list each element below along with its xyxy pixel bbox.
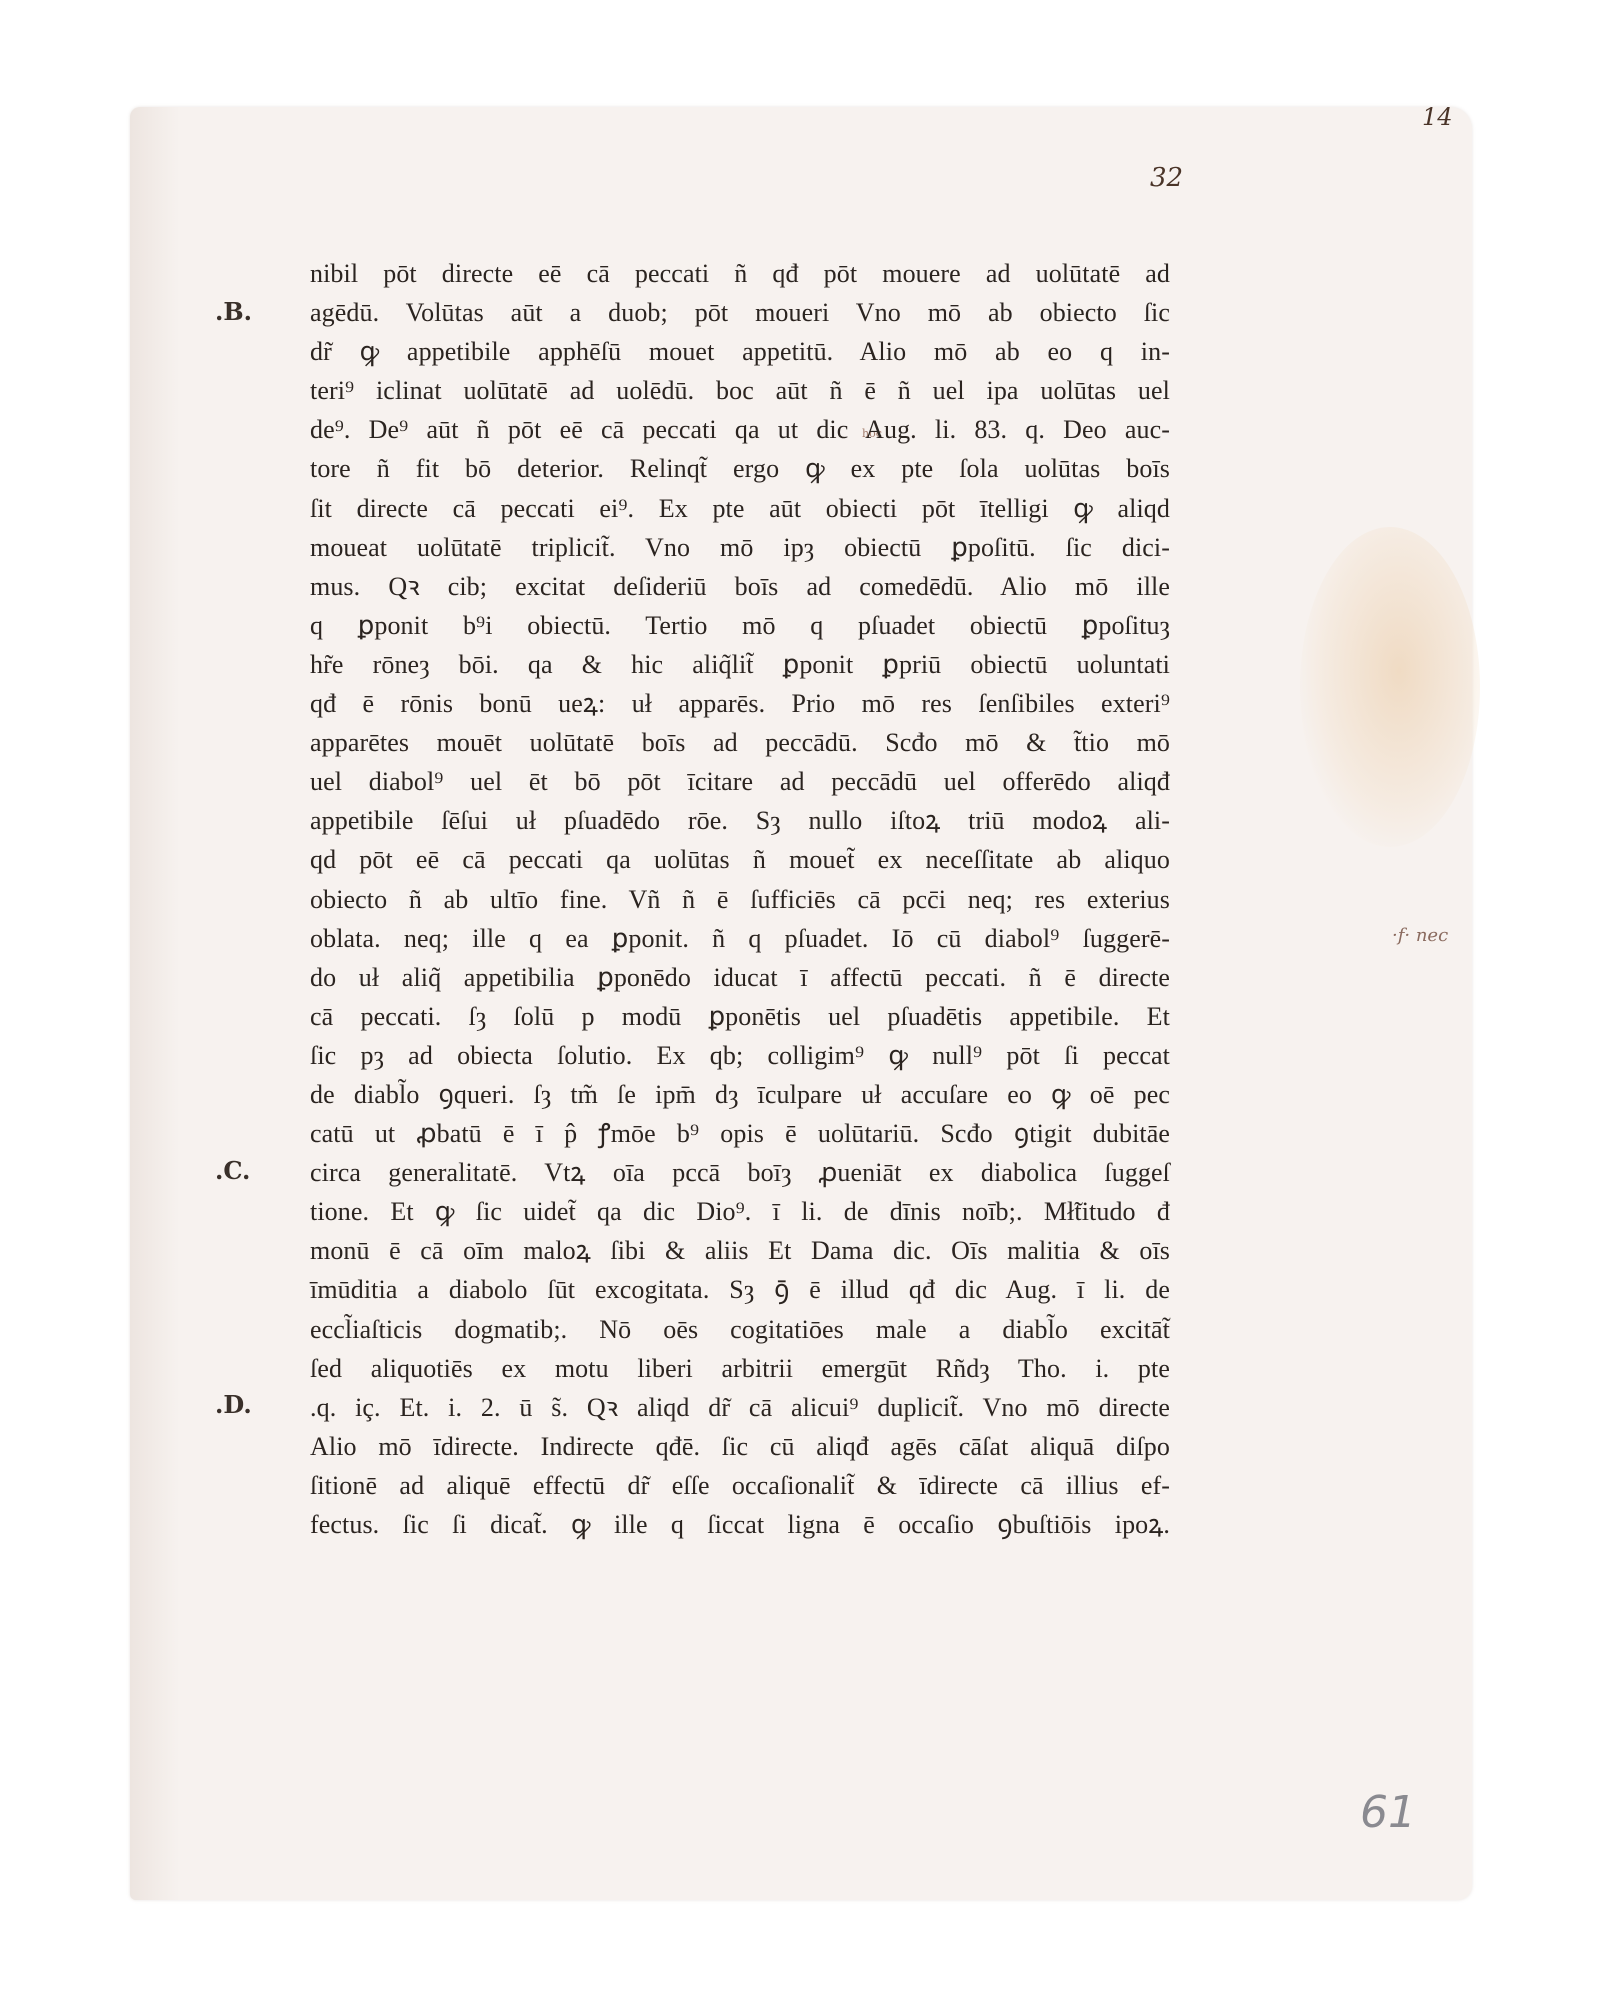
text-line: appetibile ſēſui uł pſuadēdo rōe. Sȝ nul…: [310, 801, 1170, 840]
pencil-number: 61: [1360, 1787, 1416, 1838]
text-line: ſic pȝ ad obiecta ſolutio. Ex qb; collig…: [310, 1036, 1170, 1075]
text-line: ſit directe cā peccati ei⁹. Ex pte aūt o…: [310, 489, 1170, 528]
text-block: nibil pōt directe eē cā peccati ñ qđ pōt…: [310, 254, 1170, 1544]
folio-number-ink: 32: [1150, 163, 1183, 193]
text-line: mus. Qꝛ cib; excitat deſideriū boīs ad c…: [310, 567, 1170, 606]
text-line: hr̃e rōneȝ bōi. qa & hic aliq̃lit̃ ꝑponi…: [310, 645, 1170, 684]
text-line: catū ut ꝓbatū ē ī p̂ ꝭmōe b⁹ opis ē uolū…: [310, 1114, 1170, 1153]
text-line: tione. Et ꝙ ſic uidet̃ qa dic Dio⁹. ī li…: [310, 1192, 1170, 1231]
corner-note-ink: 14: [1422, 103, 1453, 131]
text-line: ſitionē ad aliquē effectū dr̃ eſſe occaſ…: [310, 1466, 1170, 1505]
margin-letter-b: .B.: [215, 297, 252, 326]
text-line: oblata. neq; ille q ea ꝑponit. ñ q pſuad…: [310, 919, 1170, 958]
text-line: apparētes mouēt uolūtatē boīs ad peccādū…: [310, 723, 1170, 762]
text-line: qđ ē rōnis bonū ueꝝ: uł apparēs. Prio mō…: [310, 684, 1170, 723]
text-line: do uł aliq̃ appetibilia ꝑponēdo iducat ī…: [310, 958, 1170, 997]
text-line: obiecto ñ ab ultīo fine. Vñ ñ ē ſufficiē…: [310, 880, 1170, 919]
text-line: moueat uolūtatē triplicit̃. Vno mō ipȝ o…: [310, 528, 1170, 567]
water-stain: [1300, 527, 1480, 847]
text-line: de⁹. De⁹ aūt ñ pōt eē cā peccati qa ut d…: [310, 410, 1170, 449]
text-line: tore ñ fit bō deterior. Relinqt̃ ergo ꝙ …: [310, 449, 1170, 488]
text-line: uel diabol⁹ uel ēt bō pōt īcitare ad pec…: [310, 762, 1170, 801]
text-line: eccl̃iaſticis dogmatib;. Nō oēs cogitati…: [310, 1310, 1170, 1349]
text-line: .q. iç. Et. i. 2. ū s̃. Qꝛ aliqd dr̃ cā …: [310, 1388, 1170, 1427]
right-margin-note: ·f· nec: [1392, 925, 1448, 946]
text-line: Alio mō īdirecte. Indirecte qđē. ſic cū …: [310, 1427, 1170, 1466]
margin-letter-d: .D.: [215, 1390, 252, 1419]
text-line: de diabl̃o ꝯqueri. ſȝ tm̃ ſe ipm̄ dȝ īcu…: [310, 1075, 1170, 1114]
text-line: īmūditia a diabolo ſūt excogitata. Sȝ ꝯ̄…: [310, 1270, 1170, 1309]
text-line: monū ē cā oīm maloꝝ ſibi & aliis Et Dama…: [310, 1231, 1170, 1270]
text-line: agēdū. Volūtas aūt a duob; pōt moueri Vn…: [310, 293, 1170, 332]
text-line: qd pōt eē cā peccati qa uolūtas ñ mouet̃…: [310, 840, 1170, 879]
text-line: fectus. ſic ſi dicat̃. ꝙ ille q ſiccat l…: [310, 1505, 1170, 1544]
margin-letter-c: .C.: [215, 1156, 250, 1185]
text-line: nibil pōt directe eē cā peccati ñ qđ pōt…: [310, 254, 1170, 293]
text-line: dr̃ ꝙ appetibile apphēſū mouet appetitū.…: [310, 332, 1170, 371]
text-line: q ꝑponit b⁹i obiectū. Tertio mō q pſuade…: [310, 606, 1170, 645]
text-line: ſed aliquotiēs ex motu liberi arbitrii e…: [310, 1349, 1170, 1388]
text-line: circa generalitatē. Vtꝝ oīa pccā boīȝ ꝓu…: [310, 1153, 1170, 1192]
text-line: teri⁹ iclinat uolūtatē ad uolēdū. boc aū…: [310, 371, 1170, 410]
text-line: cā peccati. ſȝ ſolū p modū ꝑponētis uel …: [310, 997, 1170, 1036]
manuscript-leaf: 32 14 hoc ·f· nec 61 .B. .C. .D. nibil p…: [130, 107, 1472, 1900]
